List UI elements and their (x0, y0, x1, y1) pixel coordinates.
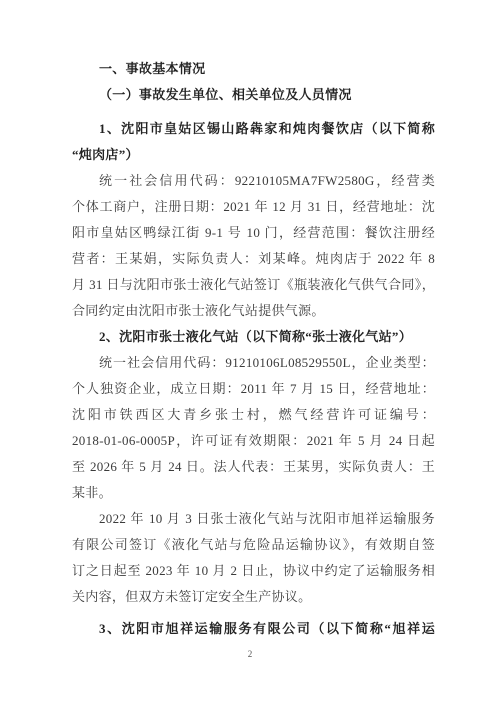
text-line: 有限公司签订《液化气站与危险品运输协议》，有效期自签 (72, 532, 435, 558)
text-line: 营者：王某娟，实际负责人：刘某峰。炖肉店于 2022 年 8 (72, 246, 435, 272)
heading-level-1: 一、事故基本情况 (72, 56, 435, 82)
heading-level-2: （一）事故发生单位、相关单位及人员情况 (72, 82, 435, 108)
text-line: 2、沈阳市张士液化气站（以下简称“张士液化气站”） (72, 324, 435, 350)
text-line: 统一社会信用代码：91210106L08529550L，企业类型： (72, 350, 435, 376)
text-line: 个人独资企业，成立日期：2011 年 7 月 15 日，经营地址： (72, 376, 435, 402)
heading-level-3-item-3: 3、沈阳市旭祥运输服务有限公司（以下简称“旭祥运 (72, 616, 435, 642)
text-line: 2018-01-06-0005P，许可证有效期限：2021 年 5 月 24 日… (72, 428, 435, 454)
text-line: （一）事故发生单位、相关单位及人员情况 (72, 82, 435, 108)
text-line: 一、事故基本情况 (72, 56, 435, 82)
paragraph-item-2-agreement: 2022 年 10 月 3 日张士液化气站与沈阳市旭祥运输服务有限公司签订《液化… (72, 506, 435, 610)
text-line: 统一社会信用代码：92210105MA7FW2580G，经营类型： (72, 168, 435, 194)
text-line: 3、沈阳市旭祥运输服务有限公司（以下简称“旭祥运 (72, 616, 435, 642)
text-line: 月 31 日与沈阳市张士液化气站签订《瓶装液化气供气合同》， (72, 272, 435, 298)
text-line: 1、沈阳市皇姑区锡山路犇家和炖肉餐饮店（以下简称 (72, 116, 435, 142)
document-page: 一、事故基本情况（一）事故发生单位、相关单位及人员情况1、沈阳市皇姑区锡山路犇家… (0, 0, 500, 707)
paragraph-item-1-details: 统一社会信用代码：92210105MA7FW2580G，经营类型：个体工商户，注… (72, 168, 435, 324)
heading-level-3-item-2: 2、沈阳市张士液化气站（以下简称“张士液化气站”） (72, 324, 435, 350)
page-number: 2 (0, 648, 500, 660)
text-line: 合同约定由沈阳市张士液化气站提供气源。 (72, 298, 435, 324)
text-line: 2022 年 10 月 3 日张士液化气站与沈阳市旭祥运输服务 (72, 506, 435, 532)
paragraph-item-2-details: 统一社会信用代码：91210106L08529550L，企业类型：个人独资企业，… (72, 350, 435, 506)
text-line: “炖肉店”） (72, 142, 435, 168)
text-line: 沈阳市铁西区大青乡张士村，燃气经营许可证编号： (72, 402, 435, 428)
text-line: 订之日起至 2023 年 10 月 2 日止，协议中约定了运输服务相 (72, 558, 435, 584)
heading-level-3-item-1: 1、沈阳市皇姑区锡山路犇家和炖肉餐饮店（以下简称“炖肉店”） (72, 116, 435, 168)
text-line: 个体工商户，注册日期：2021 年 12 月 31 日，经营地址：沈 (72, 194, 435, 220)
document-body: 一、事故基本情况（一）事故发生单位、相关单位及人员情况1、沈阳市皇姑区锡山路犇家… (72, 56, 435, 642)
text-line: 阳市皇姑区鸭绿江街 9-1 号 10 门，经营范围：餐饮注册经 (72, 220, 435, 246)
text-line: 某非。 (72, 480, 435, 506)
text-line: 关内容，但双方未签订定安全生产协议。 (72, 584, 435, 610)
text-line: 至 2026 年 5 月 24 日。法人代表：王某男，实际负责人：王 (72, 454, 435, 480)
